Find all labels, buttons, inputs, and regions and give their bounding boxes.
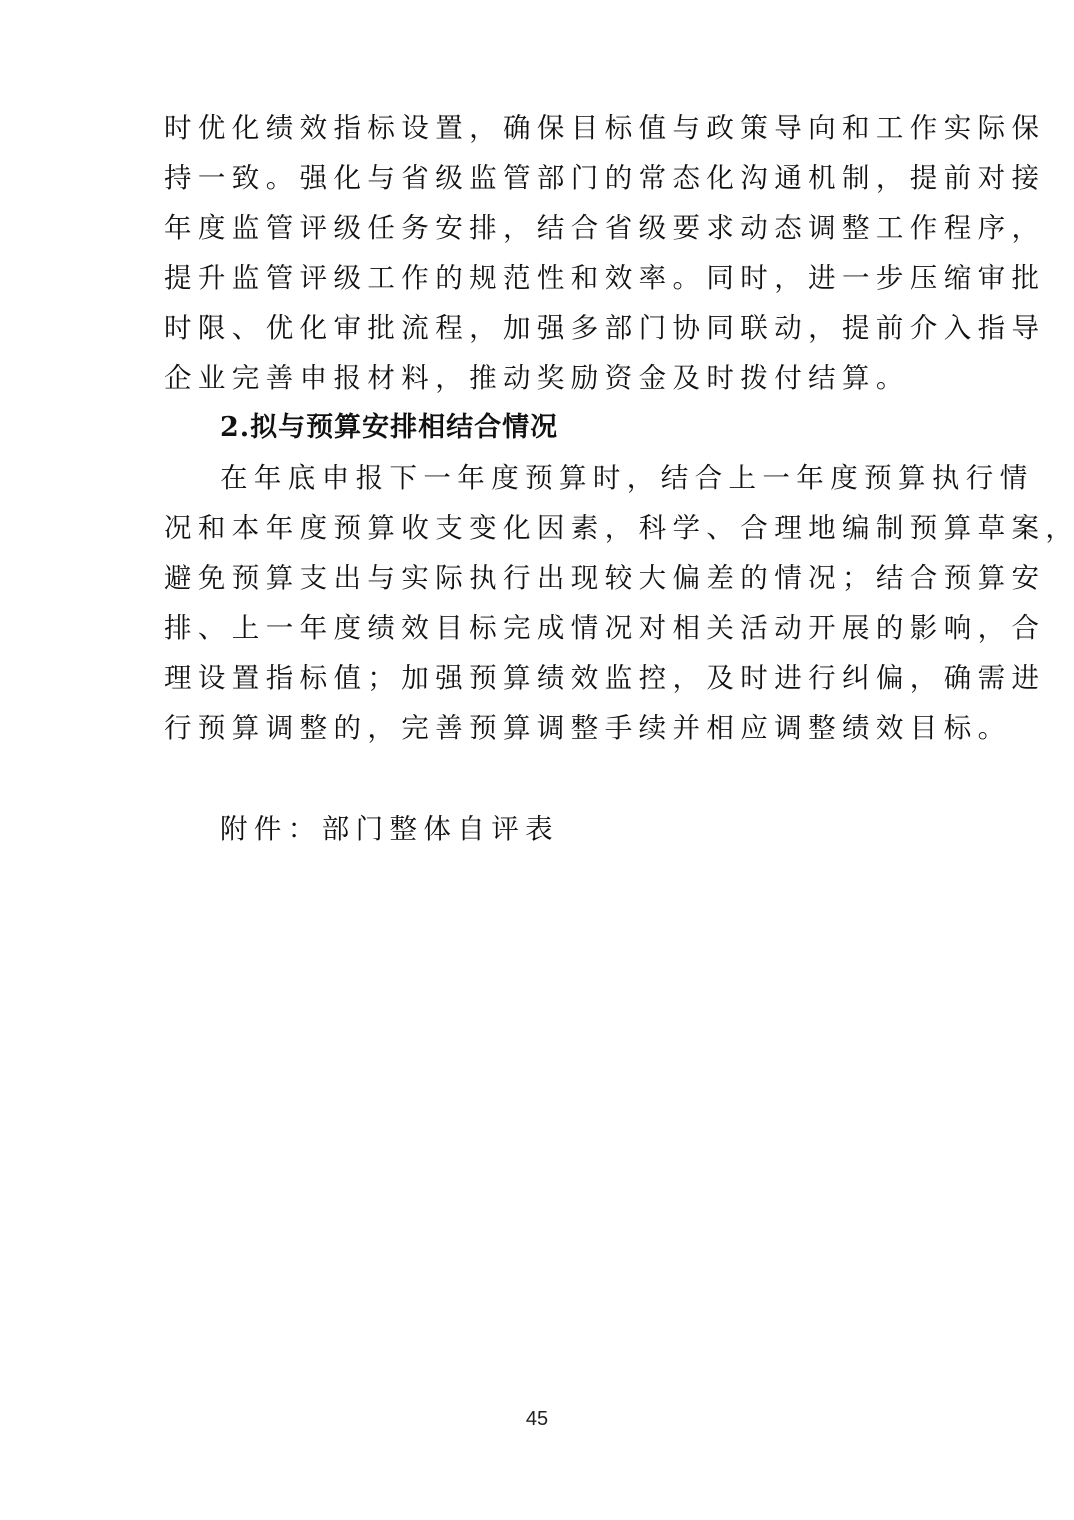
paragraph-line: 企业完善申报材料，推动奖励资金及时拨付结算。 [164, 360, 912, 396]
paragraph-line: 理设置指标值；加强预算绩效监控，及时进行纠偏，确需进 [164, 660, 912, 696]
paragraph-line: 行预算调整的，完善预算调整手续并相应调整绩效目标。 [164, 710, 912, 746]
paragraph-line: 时优化绩效指标设置，确保目标值与政策导向和工作实际保 [164, 110, 912, 146]
attachment-note: 附件：部门整体自评表 [220, 811, 559, 847]
paragraph-line: 排、上一年度绩效目标完成情况对相关活动开展的影响，合 [164, 610, 912, 646]
document-page: 时优化绩效指标设置，确保目标值与政策导向和工作实际保 持一致。强化与省级监管部门… [0, 0, 1074, 1520]
paragraph-line: 年度监管评级任务安排，结合省级要求动态调整工作程序， [164, 210, 912, 246]
paragraph-line: 提升监管评级工作的规范性和效率。同时，进一步压缩审批 [164, 260, 912, 296]
page-number: 45 [0, 1408, 1074, 1431]
paragraph-line: 持一致。强化与省级监管部门的常态化沟通机制，提前对接 [164, 160, 912, 196]
section-heading: 2.拟与预算安排相结合情况 [220, 410, 558, 446]
paragraph-line: 避免预算支出与实际执行出现较大偏差的情况；结合预算安 [164, 560, 912, 596]
paragraph-line: 时限、优化审批流程，加强多部门协同联动，提前介入指导 [164, 310, 912, 346]
paragraph-line: 在年底申报下一年度预算时，结合上一年度预算执行情 [220, 460, 912, 496]
paragraph-line: 况和本年度预算收支变化因素，科学、合理地编制预算草案， [164, 510, 912, 546]
